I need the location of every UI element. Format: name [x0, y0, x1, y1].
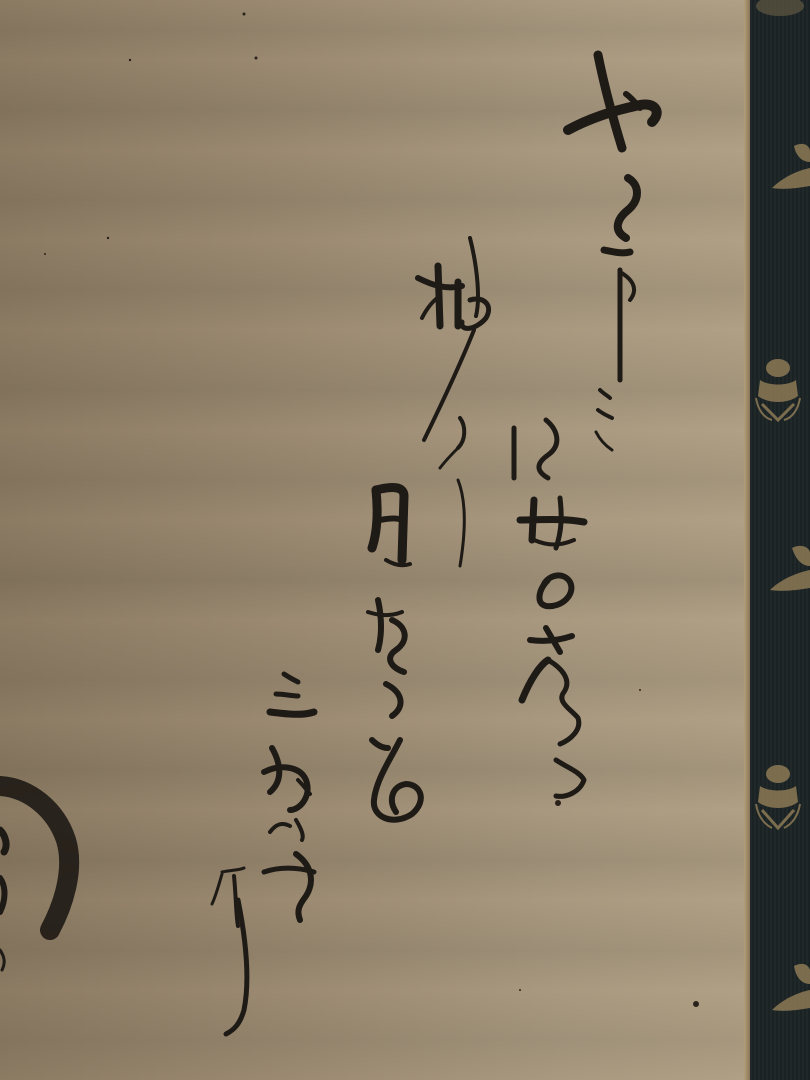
- calligraphy-signature: [212, 674, 314, 1034]
- leaf-spray-icon: [772, 964, 810, 1011]
- brocade-motifs: [750, 0, 810, 1080]
- calligraphy-column-4: [368, 488, 421, 820]
- leaf-spray-icon: [770, 546, 810, 591]
- enso-ink-circle: [0, 786, 69, 970]
- floral-crest-icon: [756, 765, 800, 828]
- floral-crest-icon: [756, 359, 800, 420]
- calligraphy-column-2: [514, 420, 584, 796]
- scroll-photo: やまざと 浮世の露と 掛かり 月ちらさめの 三好筆 Japanese hangi…: [0, 0, 810, 1080]
- paper-specks: [44, 13, 699, 1008]
- leaf-spray-icon: [772, 144, 810, 189]
- brocade-mounting-strip: [750, 0, 810, 1080]
- calligraphy-column-1: [568, 55, 657, 450]
- floral-crest-icon: [756, 0, 804, 16]
- calligraphy-column-3: [418, 238, 489, 566]
- calligraphy-layer: [0, 0, 748, 1080]
